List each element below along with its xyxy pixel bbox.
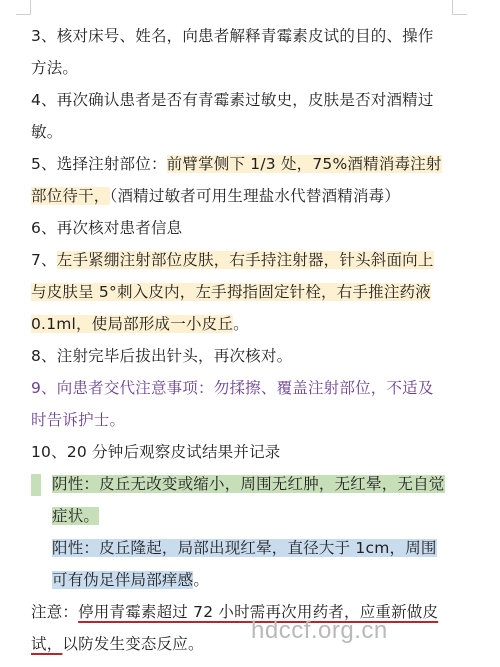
- step-7-line-1: 7、左手紧绷注射部位皮肤，右手持注射器，针头斜面向上: [31, 244, 451, 276]
- step-9-instruction: 勿揉擦、覆盖注射部位，不适及: [214, 379, 434, 397]
- document-page: 3、核对床号、姓名，向患者解释青霉素皮试的目的、操作 方法。 4、再次确认患者是…: [31, 20, 451, 660]
- result-positive-line-2: 可有伪足伴局部痒感。: [31, 564, 451, 596]
- result-negative-text: 阴性：皮丘无改变或缩小，周围无红肿，无红晕，无自觉: [52, 475, 445, 493]
- step-3-line-1: 3、核对床号、姓名，向患者解释青霉素皮试的目的、操作: [31, 20, 451, 52]
- step-5-suffix: （酒精过敏者可用生理盐水代替酒精消毒）: [110, 187, 401, 205]
- result-positive-line-1: 阳性：皮丘隆起，局部出现红晕，直径大于 1cm，周围: [31, 532, 451, 564]
- note-label: 注意：: [31, 603, 78, 621]
- step-4-line-2: 敏。: [31, 116, 451, 148]
- page-corner-mark-left: [16, 0, 31, 15]
- result-negative-text-cont: 症状。: [52, 507, 99, 525]
- step-5-highlight: 前臂掌侧下 1/3 处，75%酒精消毒注射: [167, 155, 442, 173]
- note-line-1: 注意：停用青霉素超过 72 小时需再次用药者，应重新做皮: [31, 596, 451, 628]
- step-5-prefix: 5、选择注射部位：: [31, 155, 167, 173]
- step-8-line-1: 8、注射完毕后拔出针头，再次核对。: [31, 340, 451, 372]
- step-6-line-1: 6、再次核对患者信息: [31, 212, 451, 244]
- page-corner-mark-right: [452, 0, 467, 15]
- highlight-bar-marker: [31, 474, 41, 496]
- result-positive-text: 阳性：皮丘隆起，局部出现红晕，直径大于 1cm，周围: [52, 539, 437, 557]
- result-negative-line-1: 阴性：皮丘无改变或缩小，周围无红肿，无红晕，无自觉: [31, 468, 451, 500]
- step-7-suffix: 。: [233, 315, 249, 333]
- step-9-prefix: 9、向患者交代注意事项：: [31, 379, 214, 397]
- step-7-highlight-3: 0.1ml，使局部形成一小皮丘: [31, 315, 233, 333]
- result-negative-line-2: 症状。: [31, 500, 451, 532]
- result-positive-suffix: 。: [193, 571, 209, 589]
- step-7-line-3: 0.1ml，使局部形成一小皮丘。: [31, 308, 451, 340]
- step-7-line-2: 与皮肤呈 5°刺入皮内，左手拇指固定针栓，右手推注药液: [31, 276, 451, 308]
- step-3-line-2: 方法。: [31, 52, 451, 84]
- result-positive-text-cont: 可有伪足伴局部痒感: [52, 571, 193, 589]
- step-9-line-1: 9、向患者交代注意事项：勿揉擦、覆盖注射部位，不适及: [31, 372, 451, 404]
- step-7-prefix: 7、: [31, 251, 57, 269]
- step-7-highlight-1: 左手紧绷注射部位皮肤，右手持注射器，针头斜面向上: [57, 251, 434, 269]
- step-5-line-2: 部位待干，（酒精过敏者可用生理盐水代替酒精消毒）: [31, 180, 451, 212]
- note-line-2: 试，以防发生变态反应。: [31, 628, 451, 660]
- step-5-highlight-cont: 部位待干，: [31, 187, 110, 205]
- note-underlined-cont: 试，: [31, 635, 62, 653]
- note-rest: 以防发生变态反应。: [62, 635, 203, 653]
- step-9-line-2: 时告诉护士。: [31, 404, 451, 436]
- watermark: hdccf.org.cn: [251, 617, 388, 645]
- step-7-highlight-2: 与皮肤呈 5°刺入皮内，左手拇指固定针栓，右手推注药液: [31, 283, 431, 301]
- step-4-line-1: 4、再次确认患者是否有青霉素过敏史，皮肤是否对酒精过: [31, 84, 451, 116]
- step-5-line-1: 5、选择注射部位：前臂掌侧下 1/3 处，75%酒精消毒注射: [31, 148, 451, 180]
- step-10-line-1: 10、20 分钟后观察皮试结果并记录: [31, 436, 451, 468]
